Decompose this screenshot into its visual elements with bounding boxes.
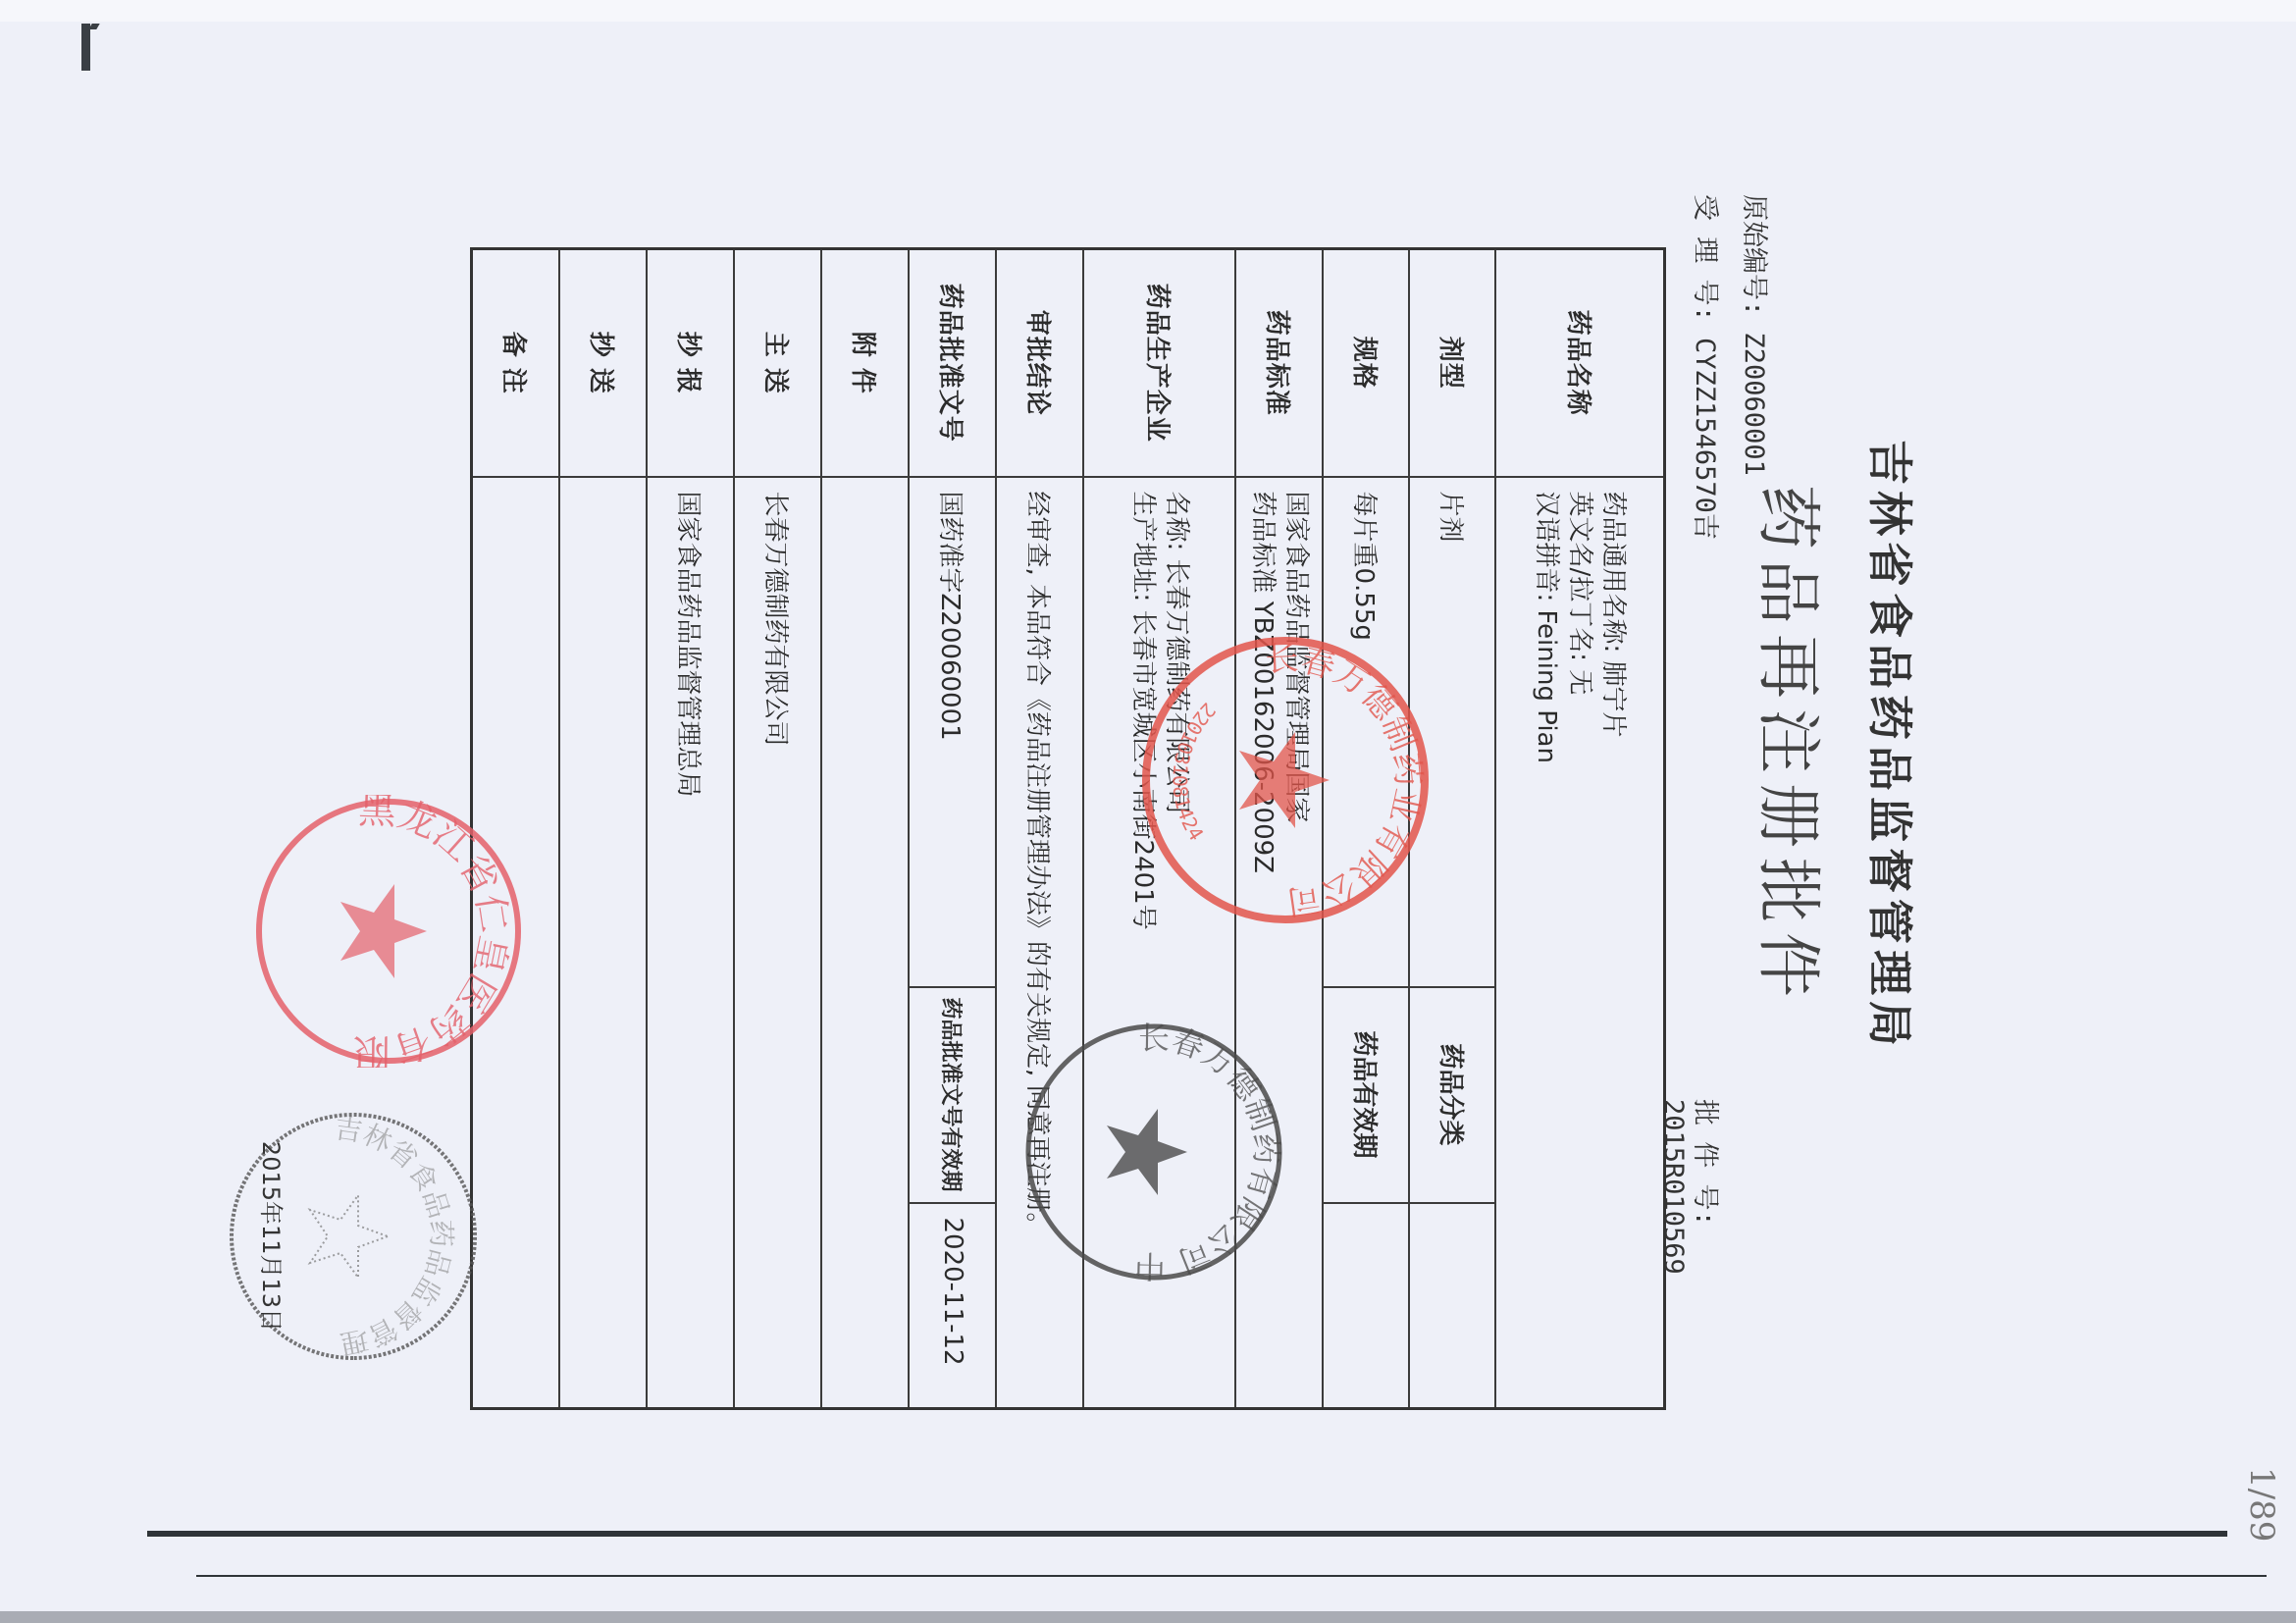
drug-category-label: 药品分类 (1410, 987, 1496, 1203)
company-seal-red: 长春万德制药业有限公司 2201031081424 (1138, 633, 1433, 927)
report-to-value: 国家食品药品监督管理总局 (648, 477, 735, 1409)
copy-to-label: 抄 送 (560, 249, 648, 477)
approval-number: 批 件 号: 2015R010569 (1658, 1099, 1727, 1354)
scanner-corner-mark (81, 24, 90, 71)
row-copy-to: 抄 送 (560, 249, 648, 1409)
approval-doc-label: 药品批准文号 (910, 249, 997, 477)
remarks-label: 备 注 (472, 249, 560, 477)
drug-category-value: 中药 (1410, 1203, 1496, 1409)
seal-graphic: 长春万德制药业有限公司 2201031081424 (1138, 633, 1433, 927)
acceptance-number: 受 理 号: CYZZ1546570吉 (1689, 194, 1727, 540)
scan-edge-top (0, 0, 2296, 22)
generic-name: 药品通用名称: 肺宁片 (1596, 492, 1630, 1394)
scan-edge-bottom (0, 1611, 2296, 1623)
scan-rule-thick (147, 1531, 2227, 1537)
seal-graphic: 吉林省食品药品监督管理局 2015年11月13日 (226, 1109, 481, 1364)
original-number: 原始编号: Z20060001 (1738, 194, 1776, 476)
report-to-label: 抄 报 (648, 249, 735, 477)
drug-name-label: 药品名称 (1496, 249, 1665, 477)
conclusion-label: 审批结论 (997, 249, 1084, 477)
row-attachment: 附 件 (822, 249, 910, 1409)
standard-label: 药品标准 (1236, 249, 1324, 477)
drug-validity-label: 药品有效期 (1324, 987, 1410, 1203)
issuing-agency: 吉林省食品药品监督管理局 (1860, 137, 1925, 1354)
agency-date-seal: 吉林省食品药品监督管理局 2015年11月13日 (226, 1109, 481, 1364)
distributor-seal-red: 黑龙江省仁皇医药有限公司 (252, 795, 525, 1068)
copy-verified-seal: 长春万德制药有限公司 中药 36个月 (1022, 1021, 1285, 1283)
document-page: 吉林省食品药品监督管理局 药品再注册批件 原始编号: Z20060001 受 理… (383, 137, 2070, 1354)
pinyin-name: 汉语拼音: Feining Pian (1530, 492, 1563, 1394)
drug-validity-value: 36个月 (1324, 1203, 1410, 1409)
attachment-value (822, 477, 910, 1409)
approval-validity-label: 药品批准文号有效期 (910, 987, 997, 1203)
approval-doc-value: 国药准字Z20060001 (910, 477, 997, 987)
main-recipient-value: 长春万德制药有限公司 (735, 477, 822, 1409)
svg-text:吉林省食品药品监督管理局: 吉林省食品药品监督管理局 (333, 1109, 481, 1360)
svg-text:2201031081424: 2201031081424 (1168, 698, 1220, 845)
drug-name-value: 药品通用名称: 肺宁片 英文名/拉丁名: 无 汉语拼音: Feining Pia… (1496, 477, 1665, 1409)
seal-graphic: 长春万德制药有限公司 中药 36个月 (1022, 1021, 1285, 1283)
dosage-form-label: 剂型 (1410, 249, 1496, 477)
row-approval-doc: 药品批准文号 国药准字Z20060001 药品批准文号有效期 2020-11-1… (910, 249, 997, 1409)
svg-text:2015年11月13日: 2015年11月13日 (257, 1141, 285, 1332)
manufacturer-label: 药品生产企业 (1084, 249, 1236, 477)
scan-rule-thin (196, 1575, 2267, 1577)
approval-validity-value: 2020-11-12 (910, 1203, 997, 1409)
row-report-to: 抄 报 国家食品药品监督管理总局 (648, 249, 735, 1409)
row-main-recipient: 主 送 长春万德制药有限公司 (735, 249, 822, 1409)
row-drug-name: 药品名称 药品通用名称: 肺宁片 英文名/拉丁名: 无 汉语拼音: Feinin… (1496, 249, 1665, 1409)
specification-label: 规格 (1324, 249, 1410, 477)
attachment-label: 附 件 (822, 249, 910, 477)
copy-to-value (560, 477, 648, 1409)
seal-graphic: 黑龙江省仁皇医药有限公司 (252, 795, 525, 1068)
handwritten-page-number: 1/89 (2173, 1467, 2281, 1526)
english-latin-name: 英文名/拉丁名: 无 (1563, 492, 1596, 1394)
main-recipient-label: 主 送 (735, 249, 822, 477)
